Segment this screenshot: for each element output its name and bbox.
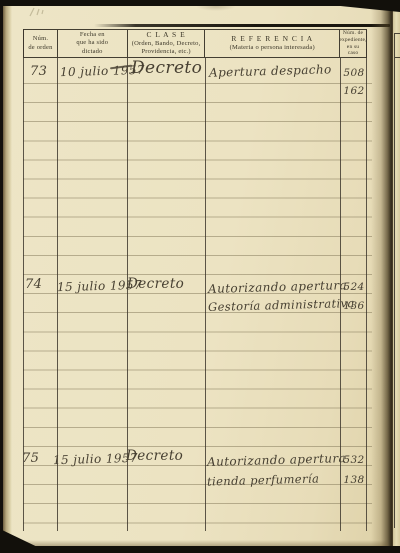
facing-page-border-line (394, 33, 395, 528)
header-line: (Materia o persona interesada) (230, 44, 315, 52)
header-line: en su (347, 44, 359, 51)
entry-expediente: 532 (341, 454, 367, 466)
photo-border-bottom (0, 546, 400, 553)
header-line: R E F E R E N C I A (231, 34, 313, 44)
column-divider (205, 58, 206, 531)
header-line: C L A S E (147, 30, 186, 40)
header-line: (Orden, Bando, Decreto, (132, 40, 201, 48)
entry-expediente: 508 (341, 67, 367, 79)
header-line: de orden (28, 44, 52, 52)
page-left-edge (3, 5, 12, 547)
entry-expediente: 524 (341, 281, 367, 293)
header-line: dictado (82, 48, 103, 56)
header-line: caso (348, 50, 359, 57)
entry-clase: Decreto (127, 276, 184, 292)
table-top-rule (94, 24, 390, 27)
header-line: Fecha en (80, 31, 105, 39)
entry-num: 73 (30, 64, 47, 79)
entry-num: 74 (25, 277, 42, 292)
header-line: Núm. de (343, 30, 363, 37)
faint-pencil-mark-icon (26, 5, 60, 19)
entry-clase: Decreto (131, 58, 202, 78)
header-referencia: R E F E R E N C I A (Materia o persona i… (205, 30, 340, 57)
table-header-row: Núm. de orden Fecha en que ha sido dicta… (23, 29, 367, 58)
header-num-expediente: Núm. de expediente, en su caso (340, 30, 366, 57)
header-line: expediente, (340, 37, 366, 44)
header-num-orden: Núm. de orden (24, 30, 58, 57)
entry-expediente: 136 (341, 300, 367, 312)
header-fecha: Fecha en que ha sido dictado (58, 30, 128, 57)
scanned-ledger-page: Núm. de orden Fecha en que ha sido dicta… (0, 0, 400, 553)
header-line: Núm. (33, 35, 48, 43)
entry-num: 75 (22, 451, 39, 466)
header-line: que ha sido (76, 39, 108, 47)
entry-expediente: 162 (341, 85, 367, 97)
entry-expediente: 138 (341, 474, 367, 486)
header-line: Providencia, etc.) (141, 48, 190, 56)
header-clase: C L A S E (Orden, Bando, Decreto, Provid… (128, 30, 206, 57)
entry-clase: Decreto (126, 448, 183, 464)
book-gutter-crease (371, 0, 393, 553)
